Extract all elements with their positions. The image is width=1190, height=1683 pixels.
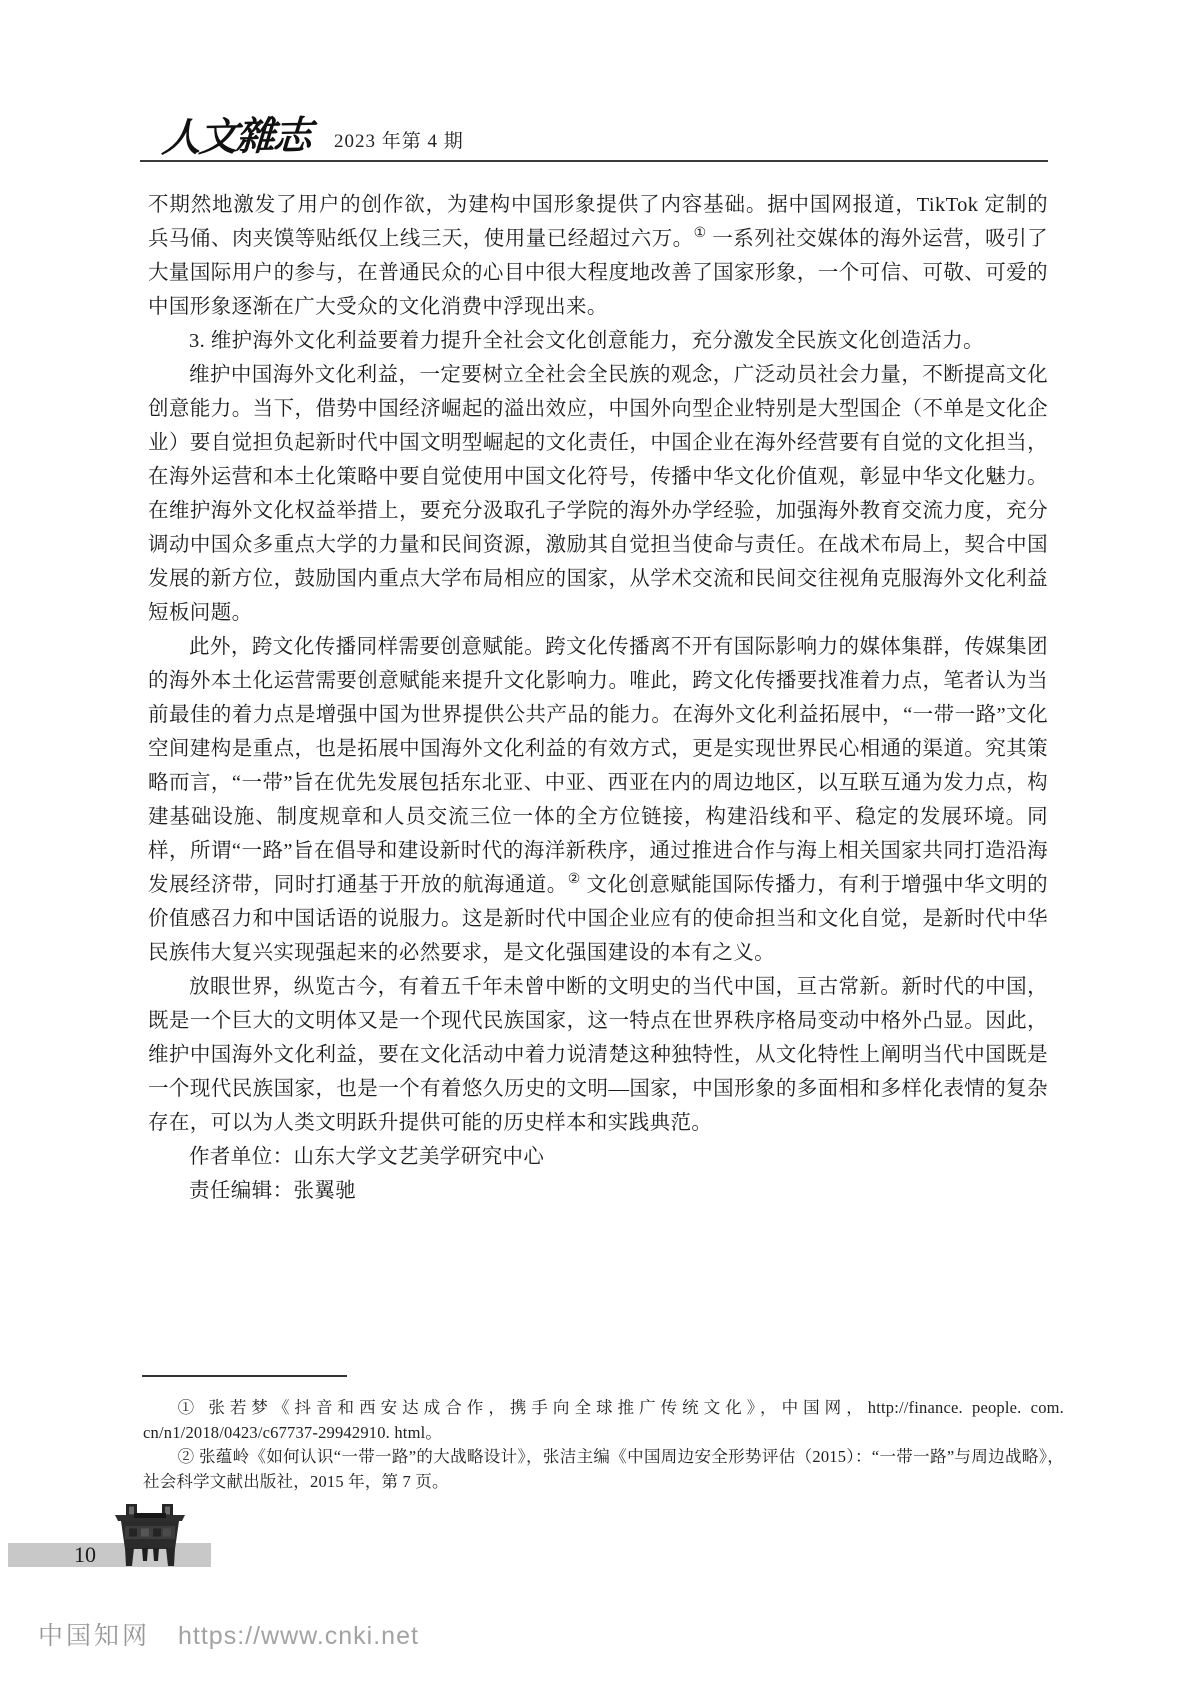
author-block: 作者单位：山东大学文艺美学研究中心 责任编辑：张翼驰 bbox=[148, 1140, 1048, 1208]
bronze-ding-image bbox=[112, 1503, 188, 1567]
body-paragraph: 维护中国海外文化利益，一定要树立全社会全民族的观念，广泛动员社会力量，不断提高文… bbox=[148, 358, 1048, 630]
cnki-site-name: 中国知网 bbox=[38, 1616, 150, 1652]
journal-page: 人文雜志 2023 年第 4 期 不期然地激发了用户的创作欲，为建构中国形象提供… bbox=[0, 0, 1190, 1683]
page-number: 10 bbox=[74, 1542, 96, 1568]
footnote-reference: ① bbox=[694, 226, 707, 241]
body-paragraph: 此外，跨文化传播同样需要创意赋能。跨文化传播离不开有国际影响力的媒体集群，传媒集… bbox=[148, 630, 1048, 970]
journal-logo: 人文雜志 bbox=[160, 105, 311, 164]
body-paragraph: 不期然地激发了用户的创作欲，为建构中国形象提供了内容基础。据中国网报道，TikT… bbox=[148, 188, 1048, 324]
footnote-reference: ② bbox=[568, 872, 581, 887]
footnote-item: ② 张蕴岭《如何认识“一带一路”的大战略设计》，张洁主编《中国周边安全形势评估（… bbox=[143, 1445, 1064, 1494]
article-body: 不期然地激发了用户的创作欲，为建构中国形象提供了内容基础。据中国网报道，TikT… bbox=[148, 188, 1048, 1140]
header-divider bbox=[140, 160, 1048, 162]
body-paragraph: 3. 维护海外文化利益要着力提升全社会文化创意能力，充分激发全民族文化创造活力。 bbox=[148, 324, 1048, 358]
footnotes: ① 张若梦《抖音和西安达成合作，携手向全球推广传统文化》，中国网，http://… bbox=[143, 1396, 1064, 1494]
footnote-item: ① 张若梦《抖音和西安达成合作，携手向全球推广传统文化》，中国网，http://… bbox=[143, 1396, 1064, 1445]
editor-line: 责任编辑：张翼驰 bbox=[148, 1174, 1048, 1208]
issue-label: 2023 年第 4 期 bbox=[334, 126, 464, 153]
cnki-site-url: https://www.cnki.net bbox=[178, 1622, 419, 1651]
author-affiliation: 作者单位：山东大学文艺美学研究中心 bbox=[148, 1140, 1048, 1174]
body-paragraph: 放眼世界，纵览古今，有着五千年未曾中断的文明史的当代中国，亘古常新。新时代的中国… bbox=[148, 970, 1048, 1140]
site-footer: 中国知网 https://www.cnki.net bbox=[38, 1616, 419, 1652]
footnote-divider bbox=[142, 1375, 347, 1377]
